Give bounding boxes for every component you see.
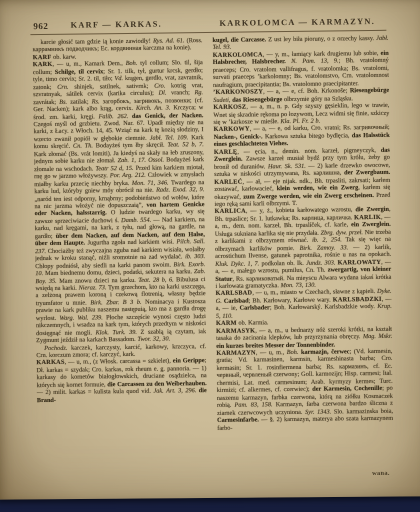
running-head-right: KARKOLOMCA — KARMAZYN. xyxy=(210,17,384,28)
text-block: karcie głosić tam gdzie ią konie zawiodł… xyxy=(32,35,393,473)
text-column-left: karcie głosić tam gdzie ią konie zawiodł… xyxy=(32,37,207,473)
dictionary-paragraph: KARLSBAD, — u, m., miasto w Czechach, sł… xyxy=(216,288,392,320)
dictionary-paragraph: KARKOLOMCA, — y, m., łamiący kark drugie… xyxy=(213,50,389,89)
dictionary-paragraph: KARKOSZ, — a, m., n. p. Gdy szyszy gęsie… xyxy=(213,102,389,127)
dictionary-paragraph: KARK, — u, m., Kamark Dem., Boh. tyl col… xyxy=(33,59,206,344)
dictionary-paragraph: KARKOWY, — a, — e, od karku, Cro. vratni… xyxy=(214,124,390,149)
dictionary-paragraph: KARLICA, — y, ż., kobieta karłowatego wz… xyxy=(215,206,392,290)
running-head-left: KARF — KARKAS. xyxy=(32,19,200,30)
text-column-right: kugel, die Carcasse. Z ust ley biła pior… xyxy=(212,35,393,471)
dictionary-paragraph: KARKAS, — u, m., (z Włosk. carcassa = sz… xyxy=(36,358,207,405)
page-content: 962 KARF — KARKAS. KARKOLOMCA — KARMAZYN… xyxy=(0,0,418,501)
dictionary-paragraph: karcie głosić tam gdzie ią konie zawiodł… xyxy=(32,37,202,54)
catchword: wana. xyxy=(328,470,390,478)
dictionary-paragraph: KARMAZYN, — u, m., Boh. karmazjn, čerwec… xyxy=(216,348,393,432)
dictionary-paragraph: KARLĘ, — ęcia, n., demin. nom. karzeł, p… xyxy=(214,147,391,209)
scanned-book-page: 962 KARF — KARKAS. KARKOLOMCA — KARMAZYN… xyxy=(0,0,420,500)
dictionary-paragraph: KARMASYK, — a, m., u bednarzy nóż szerok… xyxy=(216,325,392,350)
